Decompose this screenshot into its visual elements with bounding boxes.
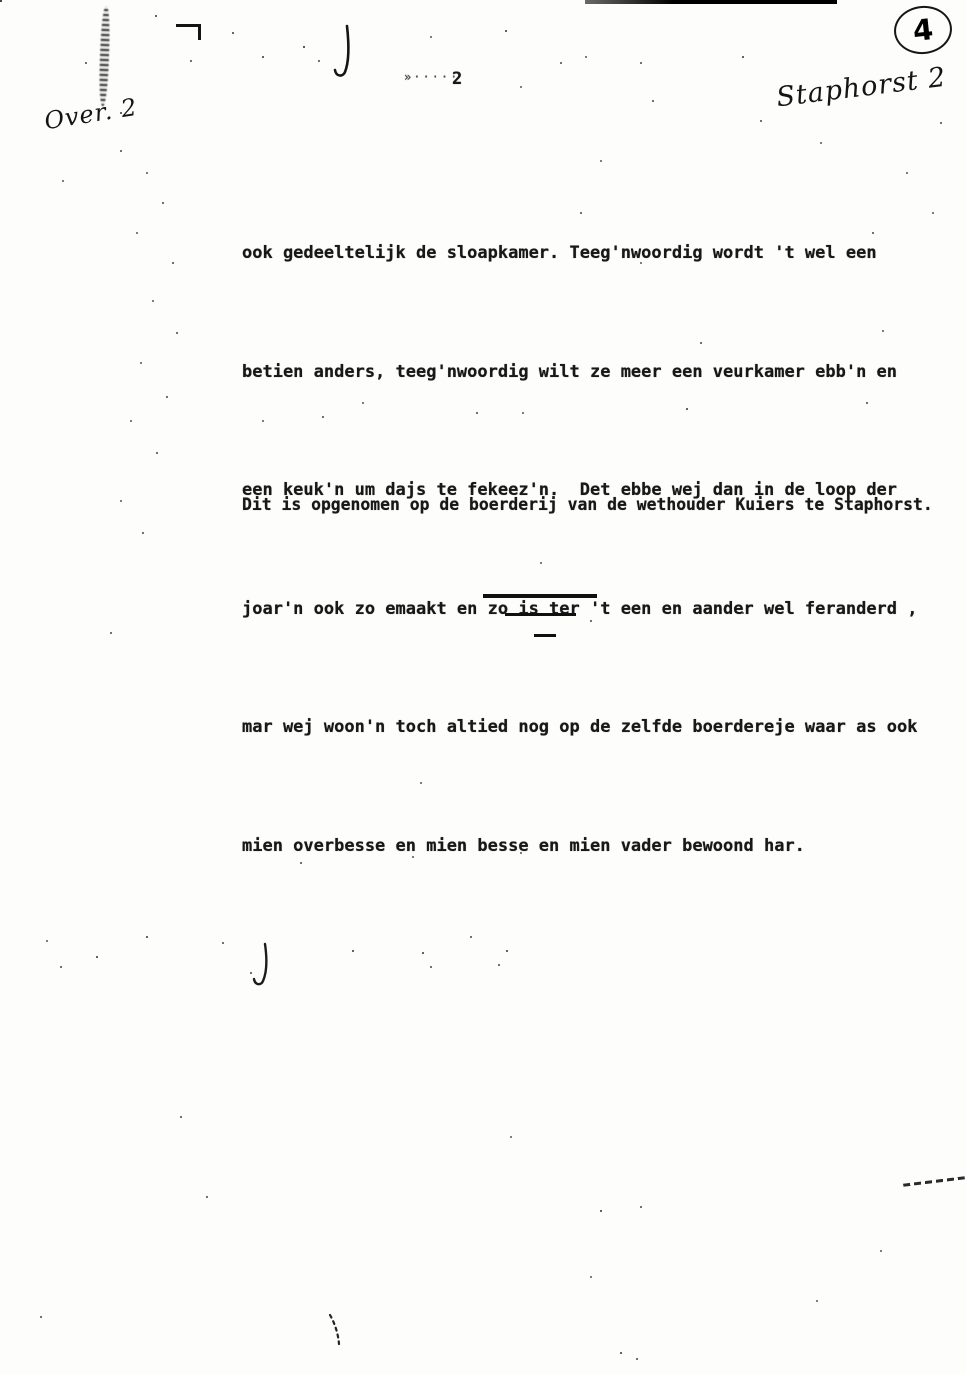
handwritten-note-over: Over. 2	[42, 93, 139, 135]
corner-scratch-mark	[903, 1176, 965, 1187]
scan-edge-bar	[585, 0, 837, 4]
page-number: 2	[452, 69, 462, 89]
typed-line: mar wej woon'n toch altied nog op de zel…	[242, 708, 918, 748]
circled-number: 4	[911, 12, 935, 48]
handwritten-note-staphorst: Staphorst 2	[775, 62, 948, 114]
divider-rule-short	[534, 634, 556, 637]
typed-line: betien anders, teeg'nwoordig wilt ze mee…	[242, 353, 918, 393]
divider-rule-medium	[505, 613, 576, 616]
ink-smudge-streak	[98, 6, 110, 106]
closing-line: Dit is opgenomen op de boerderij van de …	[242, 492, 933, 518]
pen-stroke-bottom	[252, 942, 272, 990]
scanned-page: 4 Staphorst 2 Over. 2 »····· 2 ook gedee…	[0, 0, 966, 1375]
typed-line: mien overbesse en mien besse en mien vad…	[242, 827, 918, 867]
circled-page-index: 4	[892, 3, 955, 57]
typed-line: ook gedeeltelijk de sloapkamer. Teeg'nwo…	[242, 234, 918, 274]
body-paragraph: ook gedeeltelijk de sloapkamer. Teeg'nwo…	[242, 155, 918, 945]
divider-rule-long	[483, 594, 597, 598]
pen-scratch-bottom	[326, 1312, 344, 1348]
bracket-mark	[176, 24, 201, 40]
pen-stroke-top	[332, 24, 354, 80]
scan-noise-bottom	[0, 0, 2, 2]
